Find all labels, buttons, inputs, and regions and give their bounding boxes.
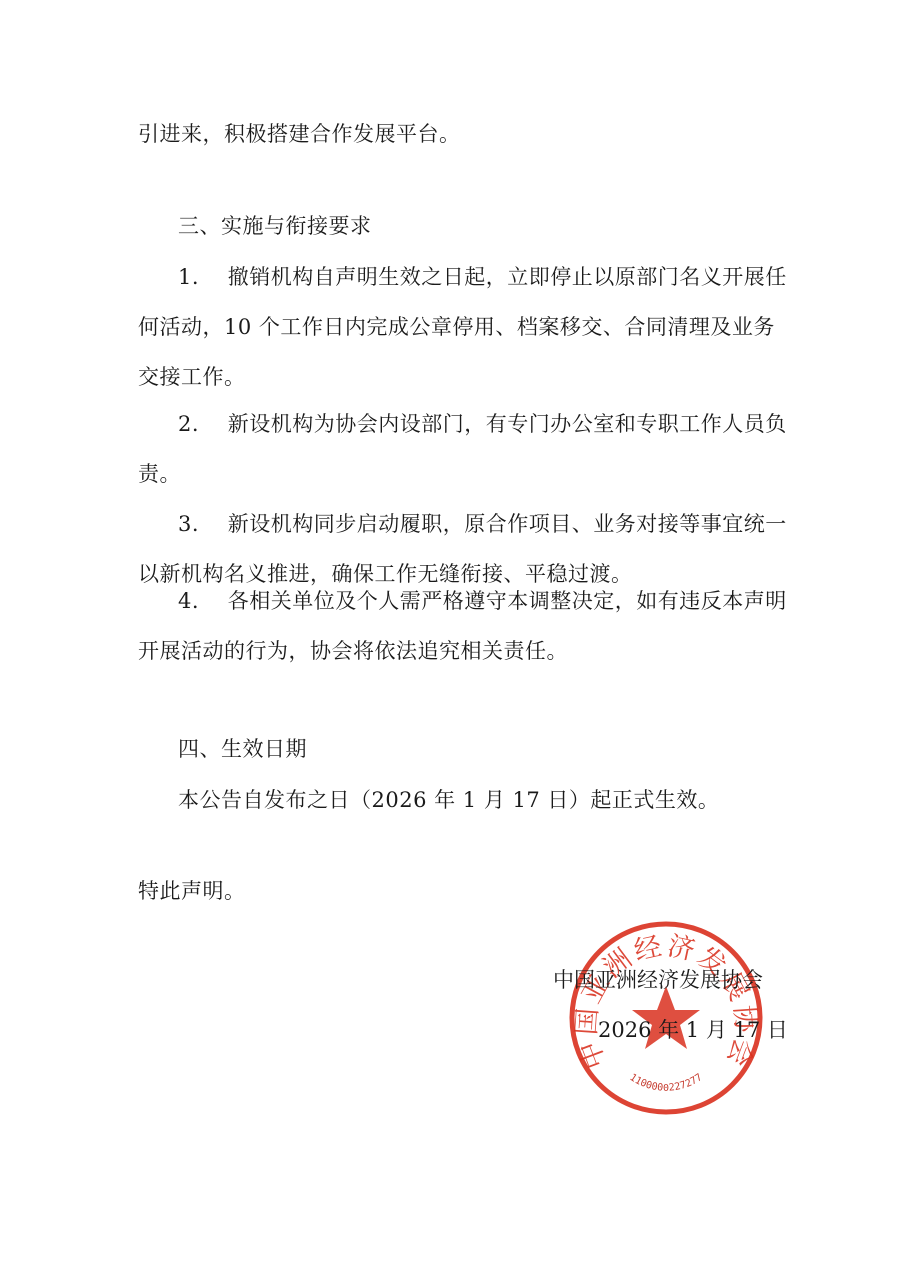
section4-body: 本公告自发布之日（2026 年 1 月 17 日）起正式生效。 <box>178 786 719 814</box>
item2-line2: 责。 <box>138 460 181 488</box>
item1-line2: 何活动，10 个工作日内完成公章停用、档案移交、合同清理及业务 <box>138 313 775 341</box>
item3-line2: 以新机构名义推进，确保工作无缝衔接、平稳过渡。 <box>138 560 633 588</box>
section4-heading: 四、生效日期 <box>178 735 307 763</box>
document-page: 引进来，积极搭建合作发展平台。 三、实施与衔接要求 1. 撤销机构自声明生效之日… <box>0 0 900 1272</box>
signature-date: 2026 年 1 月 17 日 <box>598 1016 788 1044</box>
continuation-text: 引进来，积极搭建合作发展平台。 <box>138 120 461 148</box>
item1-line1: 1. 撤销机构自声明生效之日起，立即停止以原部门名义开展任 <box>178 263 787 291</box>
item1-line3: 交接工作。 <box>138 363 246 391</box>
svg-text:1100000227277: 1100000227277 <box>628 1072 705 1094</box>
item2-line1: 2. 新设机构为协会内设部门，有专门办公室和专职工作人员负 <box>178 410 787 438</box>
section3-heading: 三、实施与衔接要求 <box>178 212 372 240</box>
signature-organization: 中国亚洲经济发展协会 <box>553 966 763 994</box>
item4-line1: 4. 各相关单位及个人需严格遵守本调整决定，如有违反本声明 <box>178 587 787 615</box>
item4-line2: 开展活动的行为，协会将依法追究相关责任。 <box>138 637 568 665</box>
closing-text: 特此声明。 <box>138 877 246 905</box>
item3-line1: 3. 新设机构同步启动履职，原合作项目、业务对接等事宜统一 <box>178 510 787 538</box>
